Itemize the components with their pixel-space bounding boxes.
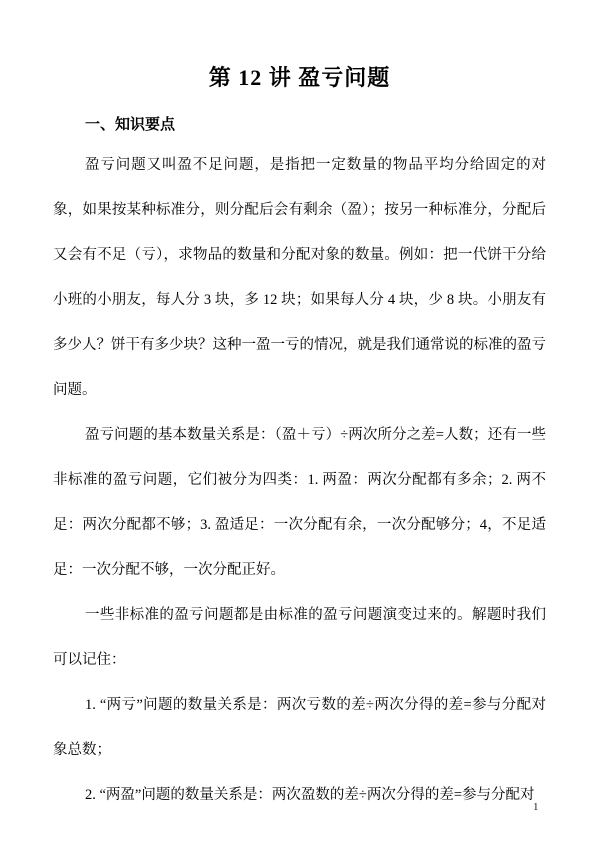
document-page: 第 12 讲 盈亏问题 一、知识要点 盈亏问题又叫盈不足问题，是指把一定数量的物… <box>0 0 596 842</box>
paragraph-intro: 盈亏问题又叫盈不足问题，是指把一定数量的物品平均分给固定的对象，如果按某种标准分… <box>53 143 546 413</box>
paragraph-nonstandard-note: 一些非标准的盈亏问题都是由标准的盈亏问题演变过来的。解题时我们可以记住： <box>53 593 546 683</box>
section-heading-knowledge-points: 一、知识要点 <box>53 115 546 135</box>
knowledge-points-body: 盈亏问题又叫盈不足问题，是指把一定数量的物品平均分给固定的对象，如果按某种标准分… <box>53 143 546 818</box>
page-number: 1 <box>533 800 539 814</box>
paragraph-basic-relation: 盈亏问题的基本数量关系是：（盈＋亏）÷两次所分之差=人数；还有一些非标准的盈亏问… <box>53 413 546 593</box>
paragraph-rule-two-surpluses: 2. “两盈”问题的数量关系是：两次盈数的差÷两次分得的差=参与分配对 <box>53 773 546 818</box>
lesson-title: 第 12 讲 盈亏问题 <box>53 63 546 93</box>
paragraph-rule-two-deficits: 1. “两亏”问题的数量关系是：两次亏数的差÷两次分得的差=参与分配对象总数； <box>53 683 546 773</box>
